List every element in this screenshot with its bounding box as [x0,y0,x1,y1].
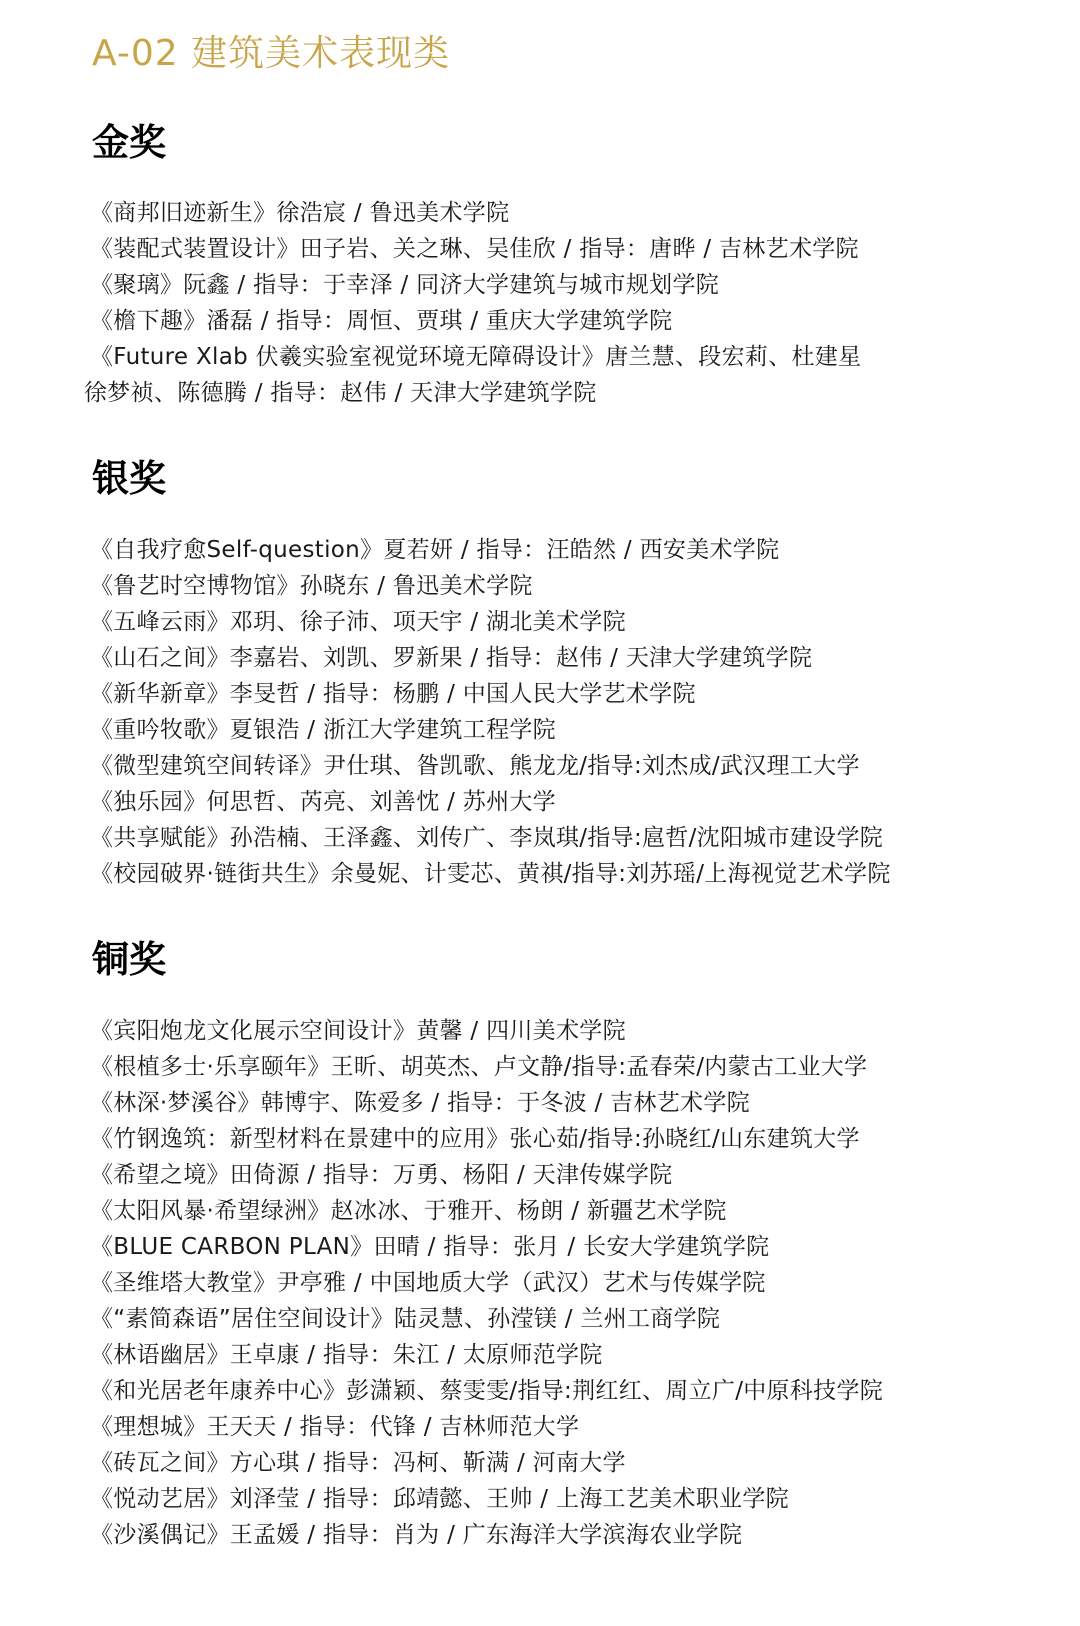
list-item: 《和光居老年康养中心》彭潇颖、蔡雯雯/指导:荆红红、周立广/中原科技学院 [90,1373,883,1409]
silver-award-heading: 银奖 [92,454,166,504]
list-item: 《微型建筑空间转译》尹仕琪、昝凯歌、熊龙龙/指导:刘杰成/武汉理工大学 [90,748,891,784]
list-item-continuation: 徐梦祯、陈德腾 / 指导：赵伟 / 天津大学建筑学院 [84,375,861,411]
bronze-award-heading: 铜奖 [92,935,166,985]
list-item: 《太阳风暴·希望绿洲》赵冰冰、于雅开、杨朗 / 新疆艺术学院 [90,1193,883,1229]
list-item: 《新华新章》李旻哲 / 指导：杨鹏 / 中国人民大学艺术学院 [90,676,891,712]
bronze-award-list: 《宾阳炮龙文化展示空间设计》黄馨 / 四川美术学院 《根植多士·乐享颐年》王昕、… [90,1013,883,1553]
list-item: 《共享赋能》孙浩楠、王泽鑫、刘传广、李岚琪/指导:扈哲/沈阳城市建设学院 [90,820,891,856]
list-item: 《商邦旧迹新生》徐浩宸 / 鲁迅美术学院 [90,195,861,231]
list-item: 《BLUE CARBON PLAN》田晴 / 指导：张月 / 长安大学建筑学院 [90,1229,883,1265]
list-item: 《鲁艺时空博物馆》孙晓东 / 鲁迅美术学院 [90,568,891,604]
list-item: 《悦动艺居》刘泽莹 / 指导：邱靖懿、王帅 / 上海工艺美术职业学院 [90,1481,883,1517]
list-item: 《檐下趣》潘磊 / 指导：周恒、贾琪 / 重庆大学建筑学院 [90,303,861,339]
list-item: 《校园破界·链街共生》余曼妮、计雯芯、黄祺/指导:刘苏瑶/上海视觉艺术学院 [90,856,891,892]
gold-award-list: 《商邦旧迹新生》徐浩宸 / 鲁迅美术学院 《装配式装置设计》田子岩、关之琳、吴佳… [90,195,861,411]
silver-award-list: 《自我疗愈Self-question》夏若妍 / 指导：汪皓然 / 西安美术学院… [90,532,891,892]
category-title: A-02 建筑美术表现类 [92,28,450,80]
list-item: 《宾阳炮龙文化展示空间设计》黄馨 / 四川美术学院 [90,1013,883,1049]
list-item: 《独乐园》何思哲、芮亮、刘善忱 / 苏州大学 [90,784,891,820]
list-item: 《Future Xlab 伏羲实验室视觉环境无障碍设计》唐兰慧、段宏莉、杜建星 [90,339,861,375]
list-item: 《“素简森语”居住空间设计》陆灵慧、孙滢镁 / 兰州工商学院 [90,1301,883,1337]
list-item: 《五峰云雨》邓玥、徐子沛、项天宇 / 湖北美术学院 [90,604,891,640]
list-item: 《自我疗愈Self-question》夏若妍 / 指导：汪皓然 / 西安美术学院 [90,532,891,568]
award-list-page: A-02 建筑美术表现类 金奖 《商邦旧迹新生》徐浩宸 / 鲁迅美术学院 《装配… [0,0,1080,1626]
list-item: 《根植多士·乐享颐年》王昕、胡英杰、卢文静/指导:孟春荣/内蒙古工业大学 [90,1049,883,1085]
list-item: 《砖瓦之间》方心琪 / 指导：冯柯、靳满 / 河南大学 [90,1445,883,1481]
list-item: 《竹钢逸筑：新型材料在景建中的应用》张心茹/指导:孙晓红/山东建筑大学 [90,1121,883,1157]
list-item: 《理想城》王天天 / 指导：代锋 / 吉林师范大学 [90,1409,883,1445]
list-item: 《山石之间》李嘉岩、刘凯、罗新果 / 指导：赵伟 / 天津大学建筑学院 [90,640,891,676]
gold-award-heading: 金奖 [92,118,166,168]
list-item: 《装配式装置设计》田子岩、关之琳、吴佳欣 / 指导：唐晔 / 吉林艺术学院 [90,231,861,267]
list-item: 《圣维塔大教堂》尹亭雅 / 中国地质大学（武汉）艺术与传媒学院 [90,1265,883,1301]
list-item: 《沙溪偶记》王孟媛 / 指导：肖为 / 广东海洋大学滨海农业学院 [90,1517,883,1553]
list-item: 《林语幽居》王卓康 / 指导：朱江 / 太原师范学院 [90,1337,883,1373]
list-item: 《重吟牧歌》夏银浩 / 浙江大学建筑工程学院 [90,712,891,748]
list-item: 《林深·梦溪谷》韩博宇、陈爱多 / 指导：于冬波 / 吉林艺术学院 [90,1085,883,1121]
list-item: 《聚璃》阮鑫 / 指导：于幸泽 / 同济大学建筑与城市规划学院 [90,267,861,303]
list-item: 《希望之境》田倚源 / 指导：万勇、杨阳 / 天津传媒学院 [90,1157,883,1193]
